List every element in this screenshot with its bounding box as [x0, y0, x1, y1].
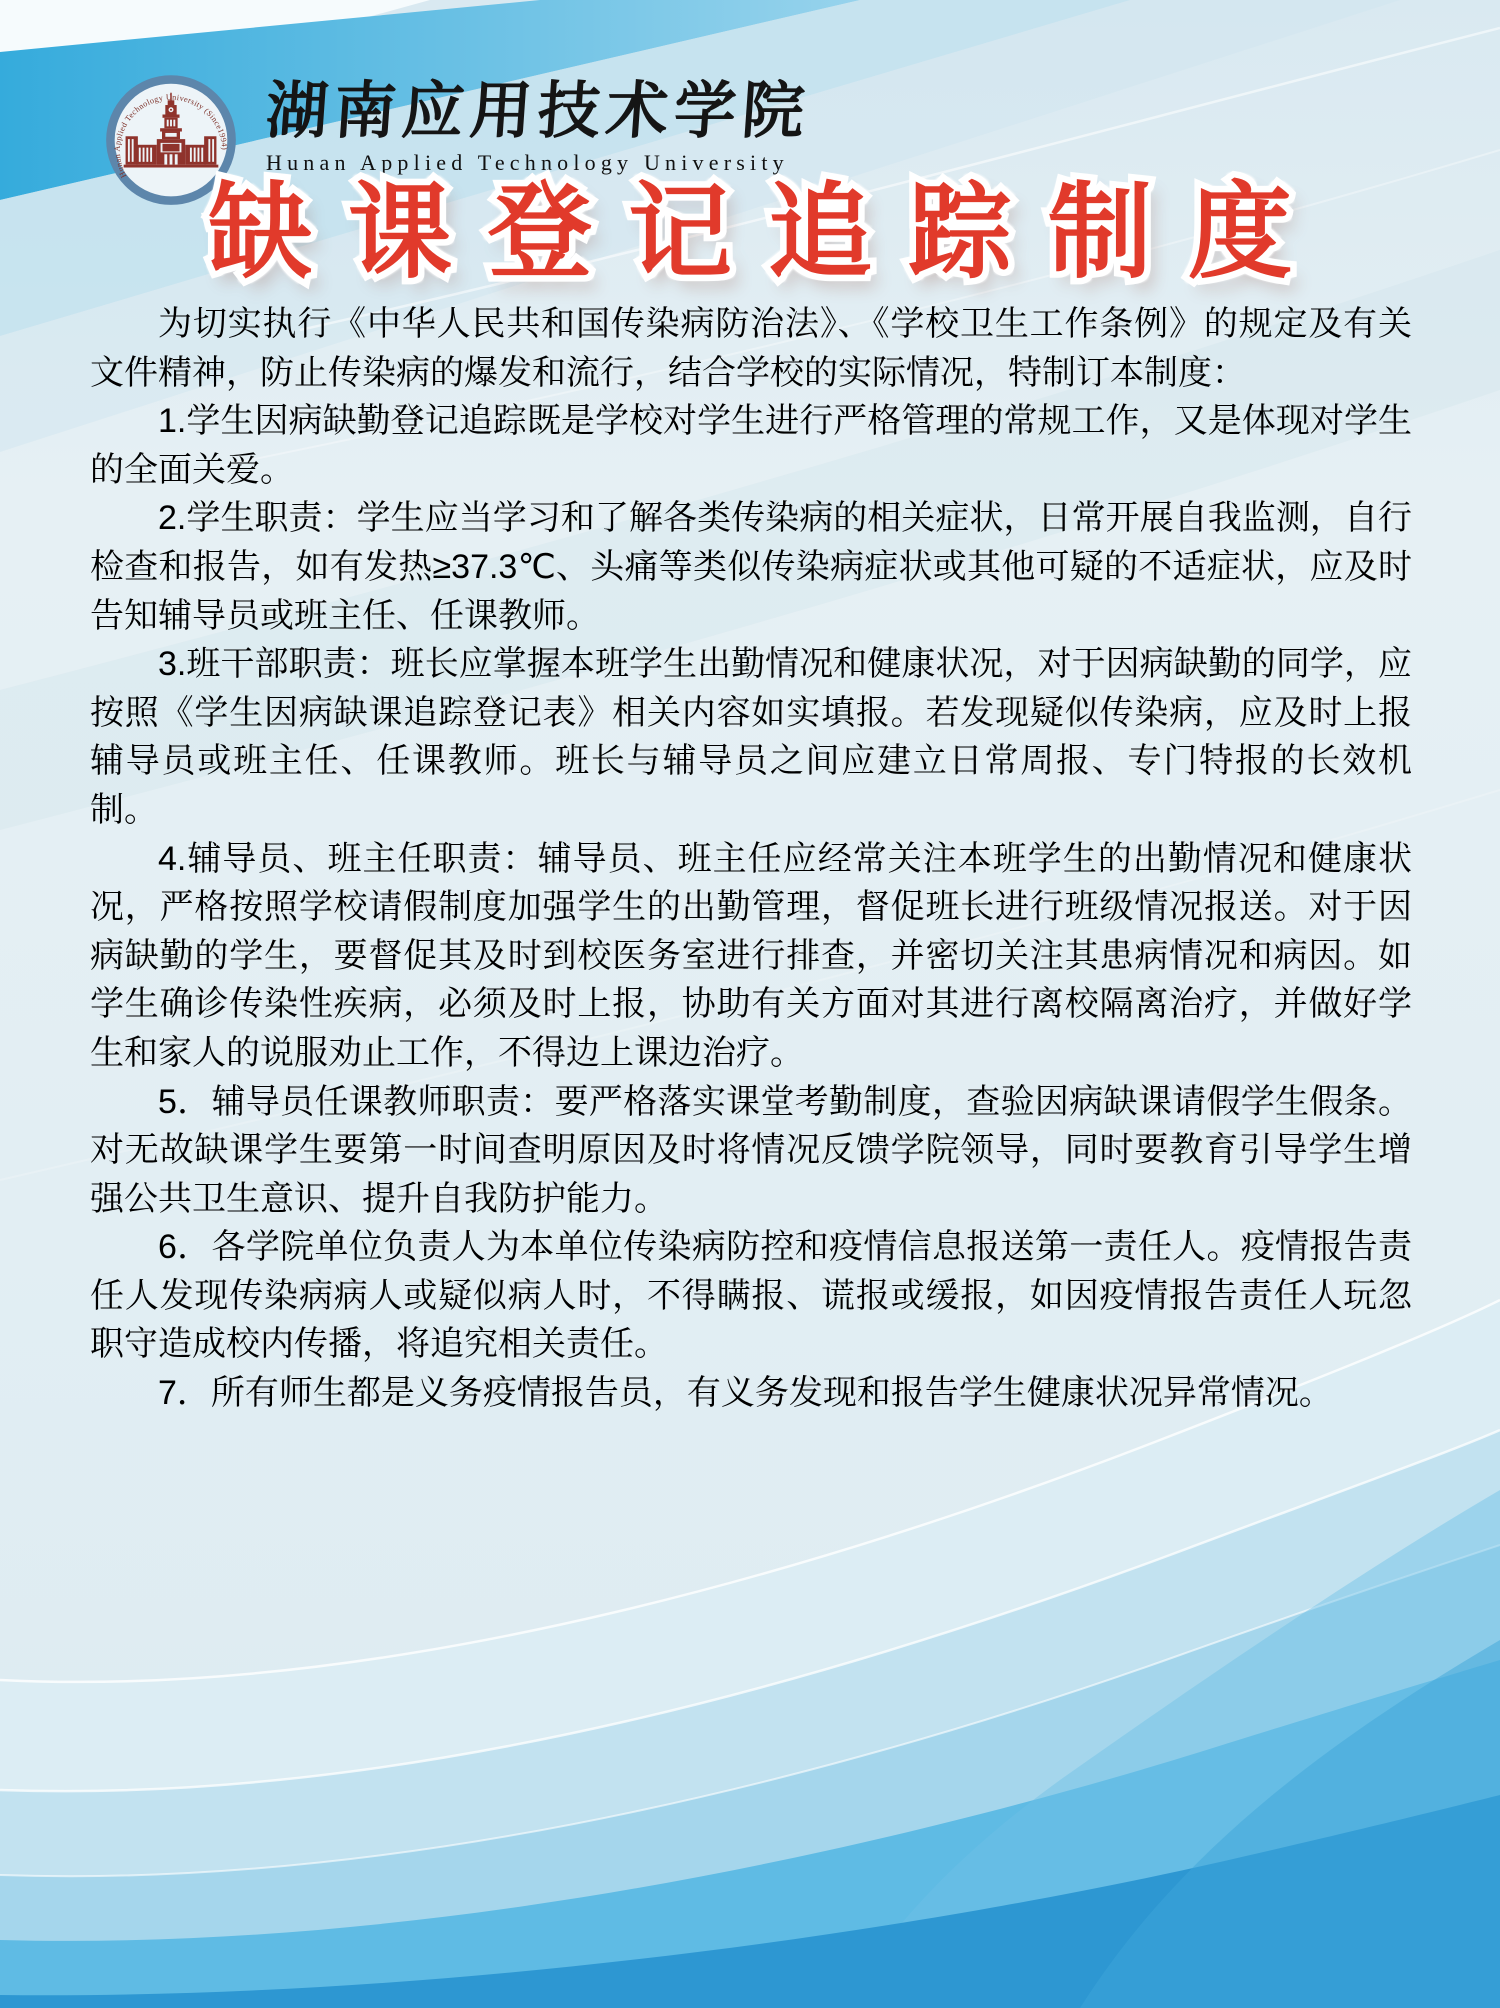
poster-title-text: 缺课登记追踪制度	[0, 168, 1500, 298]
poster-title: 缺课登记追踪制度 缺课登记追踪制度	[0, 168, 1500, 308]
brand-block: 湖南应用技术学院 Hunan Applied Technology Univer…	[266, 76, 1166, 176]
poster-page: { "header": { "logo": { "arc_text": "Hun…	[0, 0, 1500, 2008]
rule-2-paragraph: 2.学生职责：学生应当学习和了解各类传染病的相关症状，日常开展自我监测，自行检查…	[90, 494, 1412, 640]
university-name-cn: 湖南应用技术学院	[263, 76, 1168, 148]
rule-3-paragraph: 3.班干部职责：班长应掌握本班学生出勤情况和健康状况，对于因病缺勤的同学，应按照…	[90, 640, 1412, 834]
rule-6-paragraph: 6．各学院单位负责人为本单位传染病防控和疫情信息报送第一责任人。疫情报告责任人发…	[90, 1223, 1412, 1369]
intro-paragraph: 为切实执行《中华人民共和国传染病防治法》、《学校卫生工作条例》的规定及有关文件精…	[90, 300, 1412, 397]
rule-5-paragraph: 5．辅导员任课教师职责：要严格落实课堂考勤制度，查验因病缺课请假学生假条。对无故…	[90, 1078, 1412, 1224]
policy-text: 为切实执行《中华人民共和国传染病防治法》、《学校卫生工作条例》的规定及有关文件精…	[90, 300, 1412, 1418]
rule-7-paragraph: 7．所有师生都是义务疫情报告员，有义务发现和报告学生健康状况异常情况。	[90, 1369, 1412, 1418]
rule-4-paragraph: 4.辅导员、班主任职责：辅导员、班主任应经常关注本班学生的出勤情况和健康状况，严…	[90, 835, 1412, 1078]
rule-1-paragraph: 1.学生因病缺勤登记追踪既是学校对学生进行严格管理的常规工作，又是体现对学生的全…	[90, 397, 1412, 494]
